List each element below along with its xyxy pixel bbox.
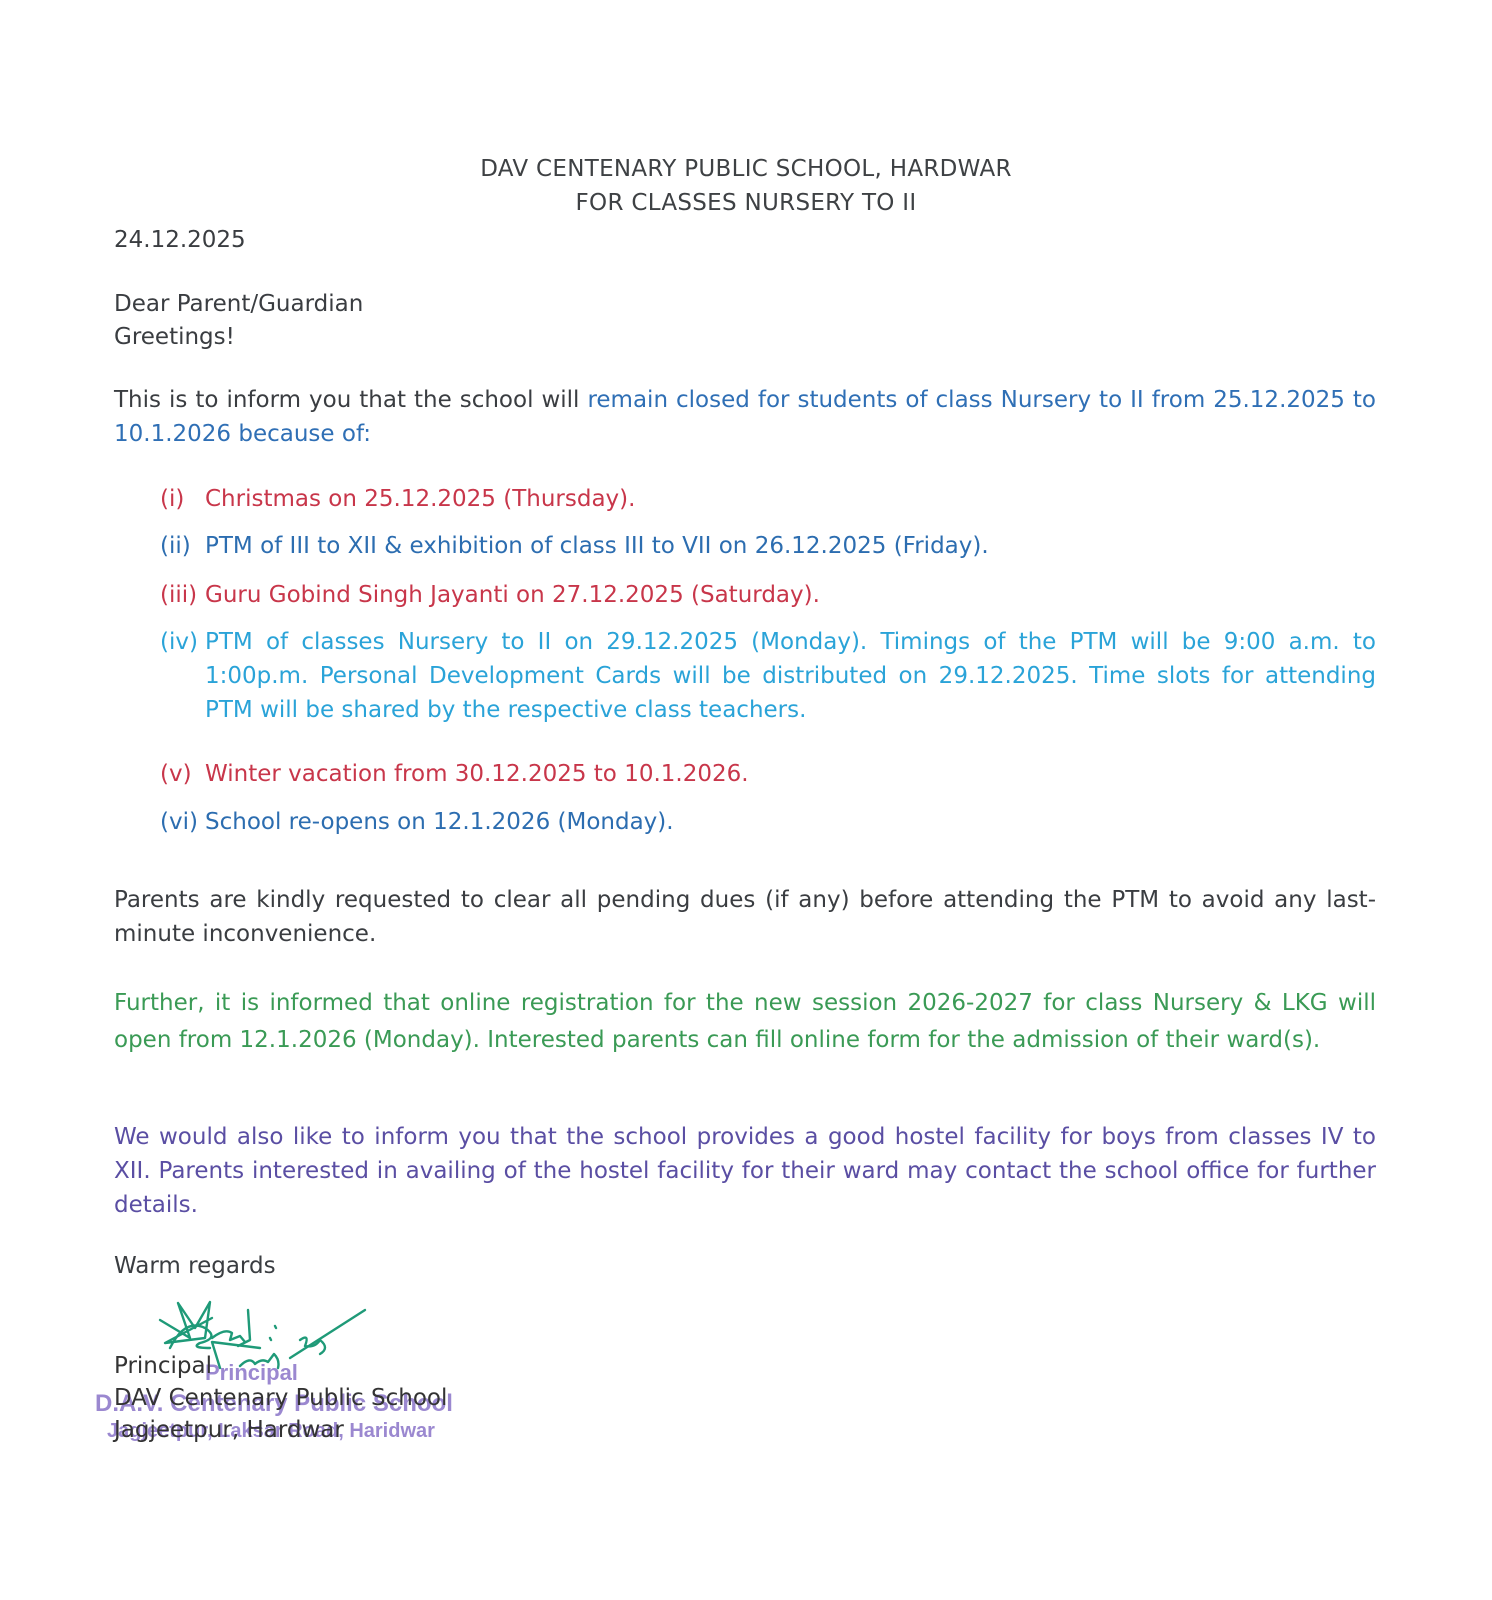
reason-item: (iii) Guru Gobind Singh Jayanti on 27.12… <box>160 578 1376 612</box>
hostel-notice: We would also like to inform you that th… <box>114 1120 1376 1222</box>
notice-date: 24.12.2025 <box>114 227 246 253</box>
reason-item: (v) Winter vacation from 30.12.2025 to 1… <box>160 757 1376 791</box>
reason-number: (i) <box>160 482 184 516</box>
reason-item: (vi) School re-opens on 12.1.2026 (Monda… <box>160 805 1376 839</box>
signatory-school: DAV Centenary Public School <box>114 1382 447 1414</box>
reason-number: (v) <box>160 757 192 791</box>
salutation: Dear Parent/Guardian <box>114 291 363 317</box>
intro-paragraph: This is to inform you that the school wi… <box>114 383 1376 451</box>
intro-plain-text: This is to inform you that the school wi… <box>114 387 587 413</box>
greeting: Greetings! <box>114 324 235 350</box>
reason-number: (iii) <box>160 578 197 612</box>
closing-regards: Warm regards <box>114 1253 276 1279</box>
school-name-heading: DAV CENTENARY PUBLIC SCHOOL, HARDWAR <box>0 156 1492 182</box>
reason-text: School re-opens on 12.1.2026 (Monday). <box>205 805 1376 839</box>
classes-subheading: FOR CLASSES NURSERY TO II <box>0 190 1492 216</box>
signatory-location: Jagjeetpur, Hardwar <box>114 1414 447 1446</box>
reason-item: (iv) PTM of classes Nursery to II on 29.… <box>160 625 1376 727</box>
reason-number: (vi) <box>160 805 198 839</box>
reason-number: (iv) <box>160 625 198 659</box>
reason-item: (i) Christmas on 25.12.2025 (Thursday). <box>160 482 1376 516</box>
reason-text: Guru Gobind Singh Jayanti on 27.12.2025 … <box>205 578 1376 612</box>
registration-notice: Further, it is informed that online regi… <box>114 985 1376 1059</box>
reason-text: Winter vacation from 30.12.2025 to 10.1.… <box>205 757 1376 791</box>
reason-number: (ii) <box>160 529 191 563</box>
reason-text: PTM of classes Nursery to II on 29.12.20… <box>205 625 1376 727</box>
signature-icon <box>150 1298 370 1378</box>
reason-text: PTM of III to XII & exhibition of class … <box>205 529 1376 563</box>
reason-text: Christmas on 25.12.2025 (Thursday). <box>205 482 1376 516</box>
dues-notice: Parents are kindly requested to clear al… <box>114 883 1376 951</box>
notice-page: DAV CENTENARY PUBLIC SCHOOL, HARDWAR FOR… <box>0 0 1492 1600</box>
reason-item: (ii) PTM of III to XII & exhibition of c… <box>160 529 1376 563</box>
